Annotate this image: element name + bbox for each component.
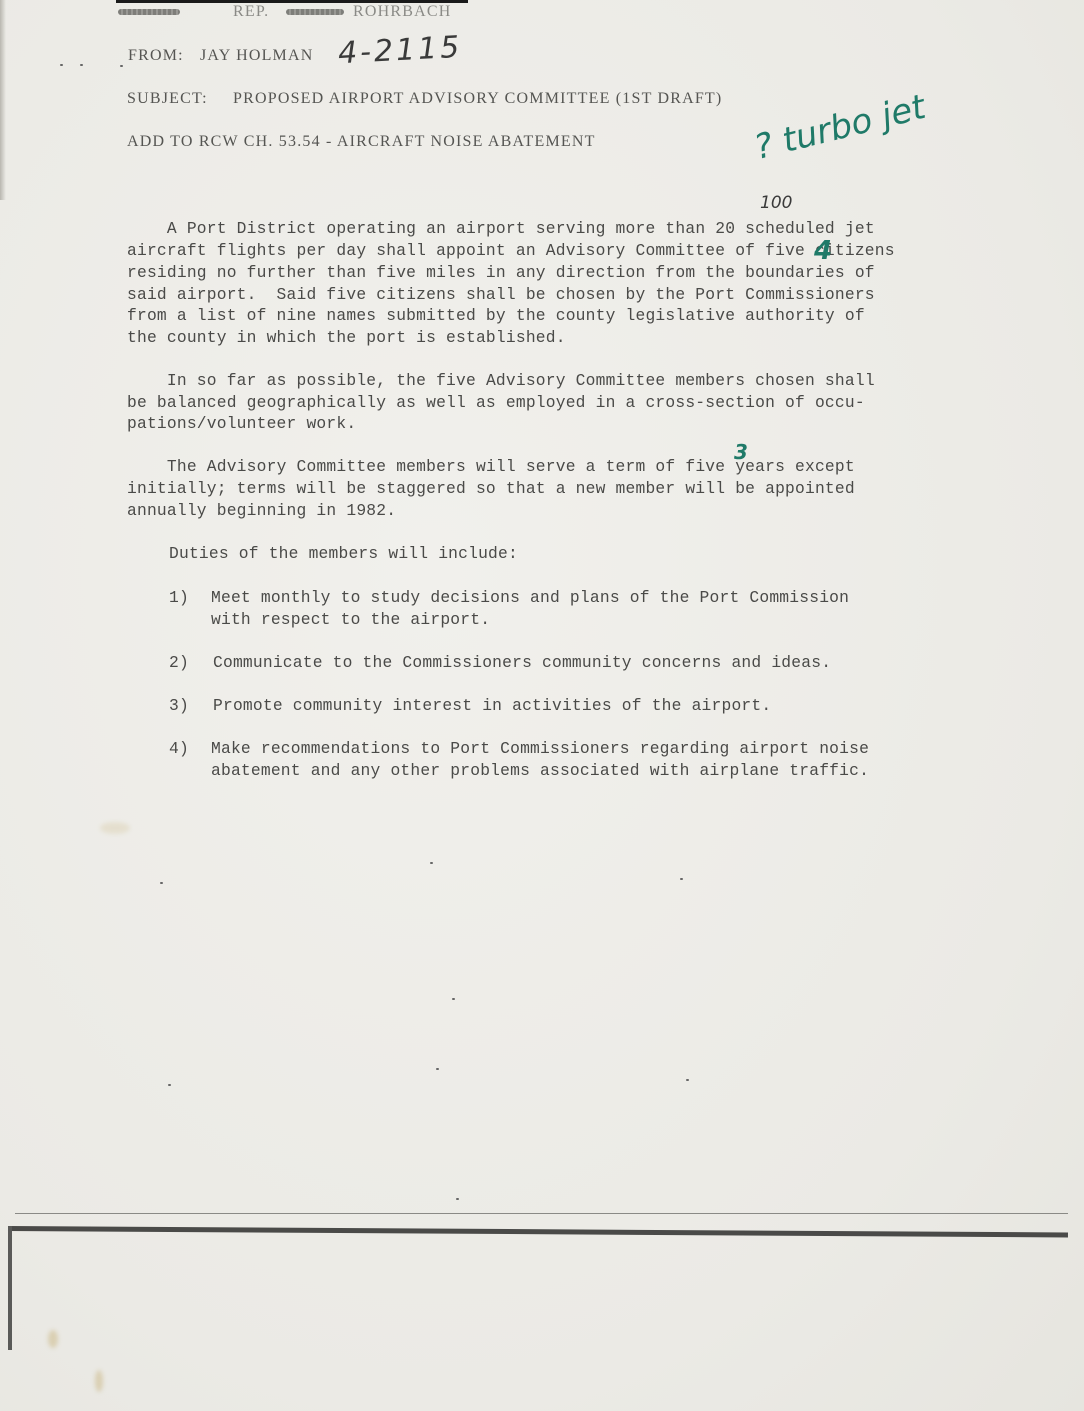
duty-3-line-1: Promote community interest in activities… [213, 696, 771, 715]
paragraph-1-line-5: from a list of nine names submitted by t… [127, 306, 865, 325]
duties-intro: Duties of the members will include: [169, 544, 518, 563]
struck-prefix-scribble [118, 9, 180, 15]
duty-2-number: 2) [169, 653, 189, 672]
subject-text: PROPOSED AIRPORT ADVISORY COMMITTEE (1ST… [233, 90, 722, 108]
paragraph-1-line-1: A Port District operating an airport ser… [127, 219, 875, 238]
turbo-jet-annotation: ? turbo jet [750, 87, 929, 168]
duty-4-line-1: Make recommendations to Port Commissione… [211, 739, 869, 758]
document-page: REP. ROHRBACH FROM: JAY HOLMAN 4-2115 SU… [0, 0, 1084, 1411]
from-name: JAY HOLMAN [200, 47, 314, 65]
stray-mark [430, 862, 433, 864]
duty-4-number: 4) [169, 739, 189, 758]
handwritten-phone: 4-2115 [337, 30, 463, 71]
paragraph-3-line-3: annually beginning in 1982. [127, 501, 396, 520]
paragraph-1-line-6: the county in which the port is establis… [127, 328, 566, 347]
paragraph-1-line-4: said airport. Said five citizens shall b… [127, 285, 875, 304]
bottom-thick-rule [8, 1226, 1068, 1237]
stray-mark [456, 1198, 459, 1200]
to-name: ROHRBACH [353, 3, 452, 21]
duty-2-line-1: Communicate to the Commissioners communi… [213, 653, 831, 672]
duty-1-number: 1) [169, 588, 189, 607]
to-label: REP. [233, 3, 269, 21]
paper-stain [48, 1330, 58, 1348]
stray-mark [168, 1084, 171, 1086]
bottom-thin-rule [15, 1213, 1068, 1214]
paragraph-2-line-2: be balanced geographically as well as em… [127, 393, 865, 412]
stray-mark [160, 882, 163, 884]
duty-3-number: 3) [169, 696, 189, 715]
struck-name-scribble [286, 9, 344, 15]
stray-mark [452, 998, 455, 1000]
flights-correction: 100 [760, 193, 792, 213]
paragraph-1-line-2: aircraft flights per day shall appoint a… [127, 241, 895, 260]
paper-stain [95, 1370, 103, 1392]
paragraph-1-line-3: residing no further than five miles in a… [127, 263, 875, 282]
paragraph-2-line-1: In so far as possible, the five Advisory… [127, 371, 875, 390]
hole-mark [60, 64, 63, 66]
duty-1-line-1: Meet monthly to study decisions and plan… [211, 588, 849, 607]
paragraph-2-line-3: pations/volunteer work. [127, 414, 356, 433]
paper-stain [100, 822, 130, 834]
stray-mark [680, 878, 683, 880]
members-correction: 4 [814, 236, 832, 266]
bottom-left-vertical-rule [8, 1226, 12, 1350]
term-correction: 3 [734, 440, 748, 464]
hole-mark [80, 64, 83, 66]
page-edge-shadow [0, 0, 6, 200]
duty-1-line-2: with respect to the airport. [211, 610, 490, 629]
hole-mark [120, 65, 123, 67]
stray-mark [436, 1068, 439, 1070]
add-to-line: ADD TO RCW CH. 53.54 - AIRCRAFT NOISE AB… [127, 133, 596, 151]
duty-4-line-2: abatement and any other problems associa… [211, 761, 869, 780]
subject-label: SUBJECT: [127, 90, 208, 108]
from-label: FROM: [128, 47, 184, 65]
stray-mark [686, 1079, 689, 1081]
paragraph-3-line-2: initially; terms will be staggered so th… [127, 479, 855, 498]
